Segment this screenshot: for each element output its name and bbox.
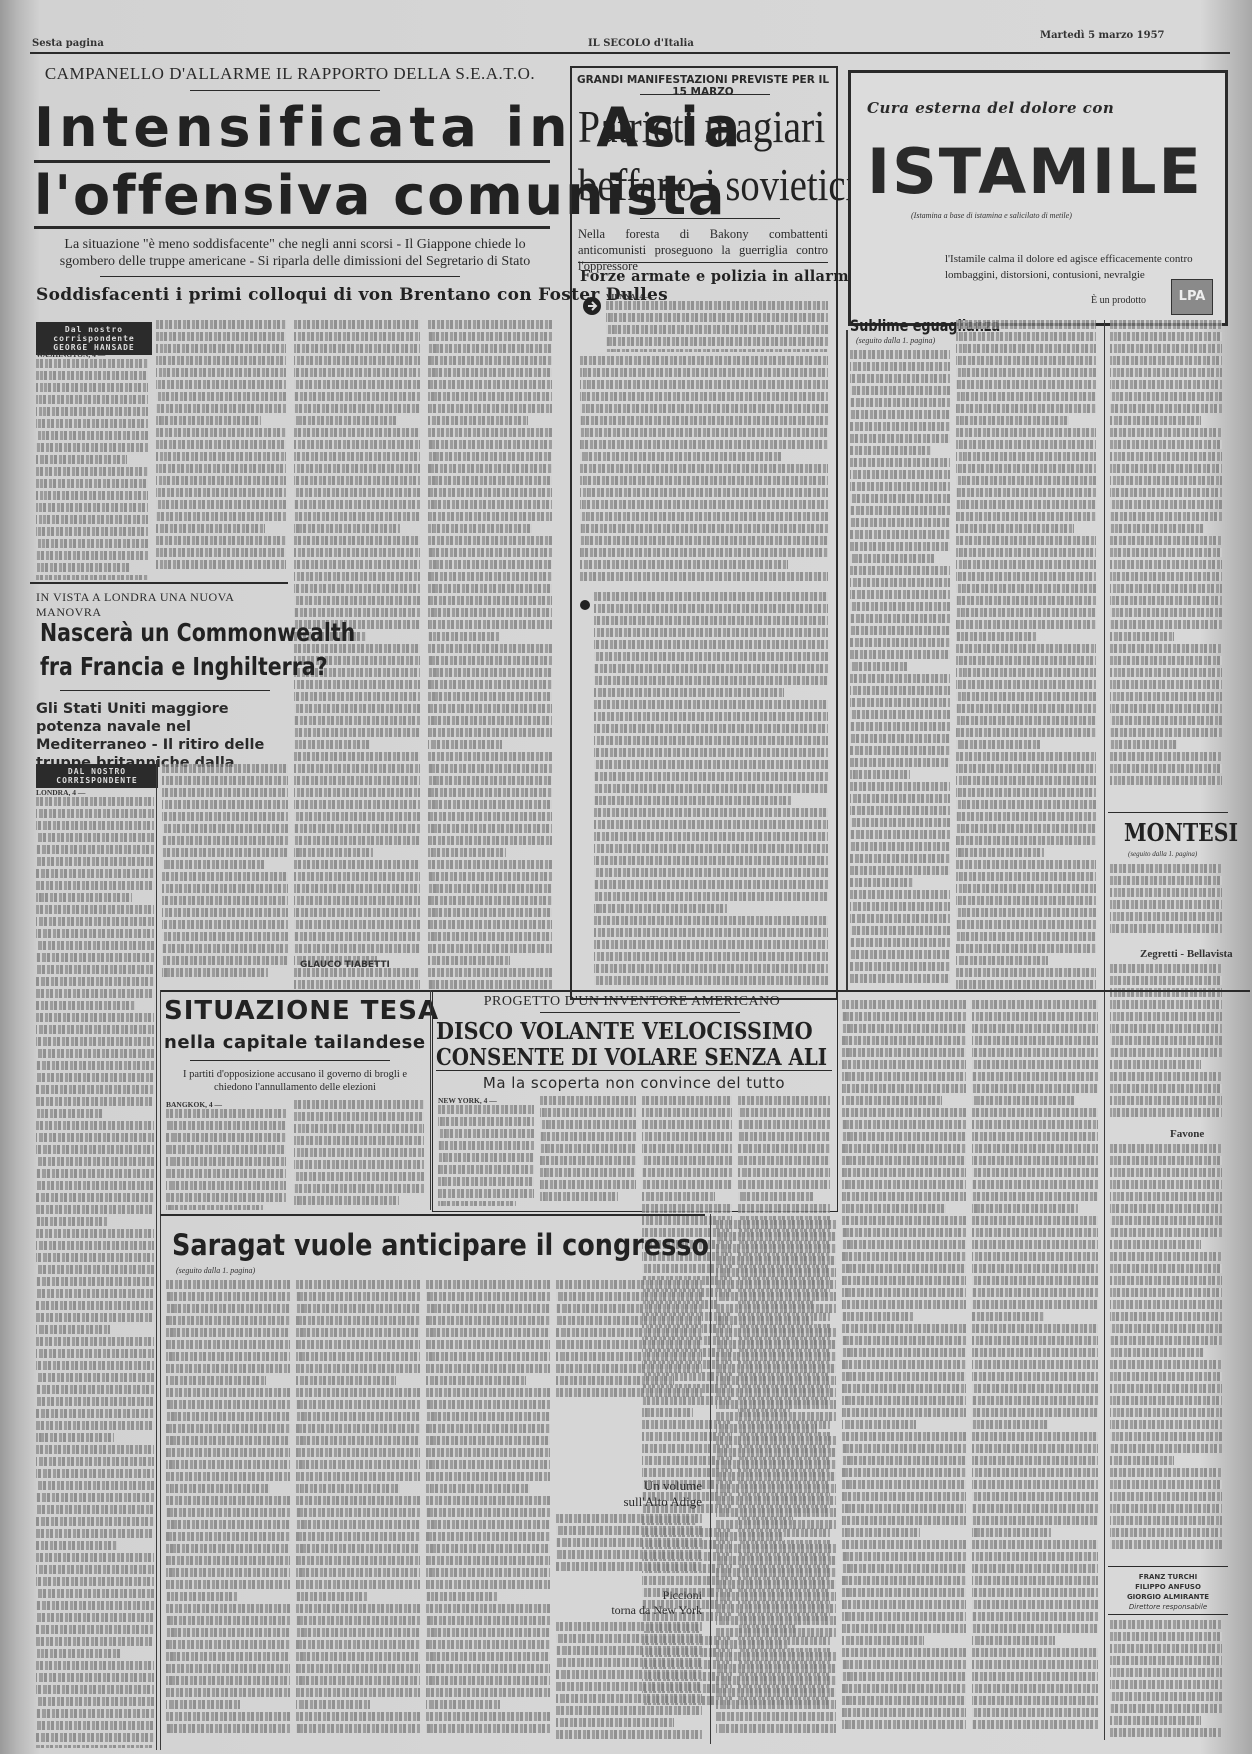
print-line xyxy=(972,1324,1098,1333)
saragat-column-3 xyxy=(426,1280,550,1740)
print-line xyxy=(296,1712,420,1721)
print-line xyxy=(850,566,950,575)
print-line xyxy=(594,688,784,697)
print-line xyxy=(36,455,127,464)
print-line xyxy=(1110,632,1174,641)
print-line xyxy=(972,1468,1098,1477)
print-line xyxy=(428,944,552,953)
print-line xyxy=(956,872,1096,881)
print-line xyxy=(428,416,528,425)
print-line xyxy=(438,1189,534,1198)
print-line xyxy=(716,1316,813,1325)
print-line xyxy=(36,1457,154,1466)
print-line xyxy=(296,1664,420,1673)
print-line xyxy=(1110,500,1222,509)
print-line xyxy=(1110,912,1222,921)
print-line xyxy=(594,940,828,949)
print-line xyxy=(716,1340,836,1349)
print-line xyxy=(426,1364,550,1373)
montesi-body-2 xyxy=(1110,964,1222,1124)
print-line xyxy=(1110,1632,1222,1641)
print-line xyxy=(294,344,420,353)
print-line xyxy=(294,680,420,689)
print-line xyxy=(1110,1348,1204,1357)
print-line xyxy=(1110,596,1222,605)
eguaglianza-column-2 xyxy=(956,320,1096,1000)
print-line xyxy=(972,1612,1098,1621)
print-line xyxy=(156,512,286,521)
print-line xyxy=(1110,1680,1222,1689)
print-line xyxy=(972,1060,1098,1069)
print-line xyxy=(716,1568,836,1577)
print-line xyxy=(716,1676,836,1685)
print-line xyxy=(972,1276,1098,1285)
print-line xyxy=(166,1544,290,1553)
print-line xyxy=(956,884,1096,893)
print-line xyxy=(556,1376,674,1385)
print-line xyxy=(36,1241,154,1250)
print-line xyxy=(850,482,950,491)
print-line xyxy=(842,1228,966,1237)
print-line xyxy=(426,1568,550,1577)
print-line xyxy=(428,920,552,929)
print-line xyxy=(716,1484,836,1493)
print-line xyxy=(1110,656,1222,665)
print-line xyxy=(428,692,552,701)
colophon-line: Direttore responsabile xyxy=(1110,1602,1226,1612)
print-line xyxy=(842,1480,966,1489)
print-line xyxy=(36,1721,154,1730)
print-line xyxy=(842,1180,966,1189)
section-rule xyxy=(160,1214,705,1216)
print-line xyxy=(166,1556,290,1565)
print-line xyxy=(716,1376,836,1385)
montesi-headline: MONTESI xyxy=(1124,818,1238,847)
print-line xyxy=(580,356,828,365)
print-line xyxy=(36,431,148,440)
commonwealth-headline-line2: fra Francia e Inghilterra? xyxy=(40,652,328,681)
piccioni-headline: Piccioni torna da New York xyxy=(600,1588,702,1618)
print-line xyxy=(36,917,154,926)
print-line xyxy=(426,1412,550,1421)
print-line xyxy=(438,1105,534,1114)
print-line xyxy=(540,1144,636,1153)
print-line xyxy=(166,1604,290,1613)
print-line xyxy=(36,1505,154,1514)
print-line xyxy=(580,560,788,569)
print-line xyxy=(294,812,420,821)
print-line xyxy=(426,1460,550,1469)
print-line xyxy=(162,788,288,797)
print-line xyxy=(36,1013,154,1022)
print-line xyxy=(294,848,373,857)
print-line xyxy=(594,952,828,961)
print-line xyxy=(1110,1312,1222,1321)
print-line xyxy=(428,704,552,713)
print-line xyxy=(428,896,552,905)
print-line xyxy=(716,1412,836,1421)
print-line xyxy=(1110,668,1222,677)
print-line xyxy=(1110,512,1222,521)
magiari-subhead: Nella foresta di Bakony combattenti anti… xyxy=(578,226,828,274)
print-line xyxy=(428,380,552,389)
print-line xyxy=(156,560,286,569)
print-line xyxy=(1110,1048,1222,1057)
print-line xyxy=(428,524,532,533)
print-line xyxy=(294,872,420,881)
print-line xyxy=(972,1252,1098,1261)
print-line xyxy=(972,1564,1098,1573)
print-line xyxy=(426,1388,550,1397)
print-line xyxy=(166,1676,290,1685)
print-line xyxy=(972,1180,1098,1189)
print-line xyxy=(428,404,552,413)
print-line xyxy=(156,452,286,461)
print-line xyxy=(294,596,420,605)
print-line xyxy=(296,1700,370,1709)
piccioni-headline-line2: torna da New York xyxy=(600,1603,702,1618)
print-line xyxy=(594,628,828,637)
print-line xyxy=(428,872,552,881)
print-line xyxy=(642,1180,732,1189)
print-line xyxy=(36,1517,154,1526)
print-line xyxy=(716,1400,836,1409)
print-line xyxy=(556,1694,702,1703)
print-line xyxy=(842,1600,966,1609)
print-line xyxy=(36,869,154,878)
print-line xyxy=(36,1265,154,1274)
print-line xyxy=(1110,428,1222,437)
kicker-rule xyxy=(640,94,770,95)
print-line xyxy=(296,1724,420,1733)
print-line xyxy=(1110,1336,1222,1345)
print-line xyxy=(956,788,1096,797)
print-line xyxy=(956,392,1096,401)
print-line xyxy=(956,428,1096,437)
print-line xyxy=(594,868,828,877)
print-line xyxy=(438,1141,534,1150)
print-line xyxy=(1110,1204,1222,1213)
print-line xyxy=(294,704,420,713)
print-line xyxy=(556,1562,702,1571)
print-line xyxy=(166,1700,240,1709)
print-line xyxy=(1110,1216,1222,1225)
print-line xyxy=(594,832,828,841)
column-rule xyxy=(710,1214,711,1744)
print-line xyxy=(716,1616,836,1625)
eguaglianza-column-4 xyxy=(842,1000,966,1740)
print-line xyxy=(716,1436,836,1445)
print-line xyxy=(1110,1372,1222,1381)
print-line xyxy=(1110,728,1222,737)
print-line xyxy=(956,716,1096,725)
print-line xyxy=(1110,964,1222,973)
print-line xyxy=(842,1636,924,1645)
print-line xyxy=(556,1646,702,1655)
print-line xyxy=(842,1372,966,1381)
print-line xyxy=(540,1156,636,1165)
print-line xyxy=(296,1688,420,1697)
print-line xyxy=(580,392,828,401)
print-line xyxy=(642,1408,693,1417)
print-line xyxy=(428,500,552,509)
print-line xyxy=(36,1625,154,1634)
print-line xyxy=(428,644,552,653)
print-line xyxy=(428,452,552,461)
print-line xyxy=(850,842,950,851)
print-line xyxy=(36,1433,114,1442)
print-line xyxy=(972,1516,1098,1525)
colophon-rule xyxy=(1108,1614,1228,1615)
print-line xyxy=(540,1180,636,1189)
print-line xyxy=(556,1514,702,1523)
colophon-line: GIORGIO ALMIRANTE xyxy=(1110,1592,1226,1602)
print-line xyxy=(842,1264,966,1273)
print-line xyxy=(428,428,552,437)
print-line xyxy=(972,1240,1098,1249)
print-line xyxy=(580,572,828,581)
print-line xyxy=(162,920,288,929)
print-line xyxy=(36,1325,110,1334)
disco-kicker: PROGETTO D'UN INVENTORE AMERICANO xyxy=(432,994,832,1010)
print-line xyxy=(428,764,552,773)
print-line xyxy=(166,1460,290,1469)
print-line xyxy=(36,1313,154,1322)
print-line xyxy=(1110,1528,1222,1537)
print-line xyxy=(738,1204,830,1213)
print-line xyxy=(1110,1668,1222,1677)
tailandese-headline-line1: SITUAZIONE TESA xyxy=(164,996,439,1026)
print-line xyxy=(294,920,420,929)
print-line xyxy=(1110,1432,1222,1441)
print-line xyxy=(594,616,828,625)
piccioni-body xyxy=(556,1622,702,1742)
print-line xyxy=(716,1724,836,1733)
print-line xyxy=(1110,1516,1222,1525)
print-line xyxy=(426,1712,550,1721)
print-line xyxy=(972,1348,1098,1357)
print-line xyxy=(1110,1108,1222,1117)
print-line xyxy=(594,652,828,661)
print-line xyxy=(956,848,1044,857)
print-line xyxy=(162,764,288,773)
print-line xyxy=(972,1036,1098,1045)
seato-subhead: La situazione "è meno soddisfacente" che… xyxy=(50,236,540,270)
print-line xyxy=(36,893,132,902)
print-line xyxy=(36,1493,154,1502)
print-line xyxy=(850,542,950,551)
print-line xyxy=(296,1388,420,1397)
print-line xyxy=(850,770,910,779)
print-line xyxy=(428,716,552,725)
print-line xyxy=(428,668,552,677)
print-line xyxy=(428,560,552,569)
print-line xyxy=(166,1412,290,1421)
print-line xyxy=(850,974,950,983)
print-line xyxy=(36,1301,154,1310)
print-line xyxy=(166,1280,290,1289)
print-line xyxy=(716,1712,836,1721)
tailandese-column-2 xyxy=(294,1100,424,1210)
print-line xyxy=(842,1096,942,1105)
print-line xyxy=(296,1412,420,1421)
print-line xyxy=(426,1508,550,1517)
print-line xyxy=(162,884,288,893)
sub-rule xyxy=(640,218,780,219)
print-line xyxy=(842,1360,966,1369)
print-line xyxy=(606,325,828,334)
eguaglianza-continued: (seguito dalla 1. pagina) xyxy=(856,336,935,345)
print-line xyxy=(162,908,288,917)
print-line xyxy=(642,1156,732,1165)
print-line xyxy=(438,1117,534,1126)
print-line xyxy=(428,680,552,689)
print-line xyxy=(842,1348,966,1357)
print-line xyxy=(428,476,552,485)
print-line xyxy=(956,500,1096,509)
seato-column-2 xyxy=(156,320,286,580)
print-line xyxy=(716,1700,836,1709)
print-line xyxy=(294,320,420,329)
print-line xyxy=(1110,476,1222,485)
newspaper-page: Sesta pagina IL SECOLO d'Italia Martedì … xyxy=(0,0,1252,1754)
print-line xyxy=(1110,560,1222,569)
print-line xyxy=(972,1444,1098,1453)
print-line xyxy=(594,724,828,733)
print-line xyxy=(1110,1468,1222,1477)
print-line xyxy=(166,1109,286,1118)
print-line xyxy=(642,1096,732,1105)
print-line xyxy=(426,1280,550,1289)
print-line xyxy=(294,524,400,533)
print-line xyxy=(842,1156,966,1165)
print-line xyxy=(956,404,1096,413)
print-line xyxy=(36,1529,154,1538)
print-line xyxy=(428,464,552,473)
issue-date: Martedì 5 marzo 1957 xyxy=(1040,30,1165,41)
print-line xyxy=(594,880,828,889)
print-line xyxy=(956,908,1096,917)
print-line xyxy=(716,1580,836,1589)
print-line xyxy=(166,1424,290,1433)
print-line xyxy=(36,1349,154,1358)
print-line xyxy=(972,1624,1098,1633)
column-rule xyxy=(156,760,157,1750)
print-line xyxy=(296,1592,367,1601)
print-line xyxy=(294,896,420,905)
print-line xyxy=(842,1444,966,1453)
print-line xyxy=(716,1604,836,1613)
print-line xyxy=(166,1508,290,1517)
print-line xyxy=(850,902,950,911)
print-line xyxy=(1110,1240,1201,1249)
print-line xyxy=(956,572,1096,581)
print-line xyxy=(294,356,420,365)
print-line xyxy=(428,512,552,521)
print-line xyxy=(850,938,950,947)
print-line xyxy=(842,1072,966,1081)
print-line xyxy=(294,836,420,845)
saragat-column-1 xyxy=(166,1280,290,1740)
print-line xyxy=(1110,1264,1222,1273)
print-line xyxy=(842,1336,966,1345)
print-line xyxy=(1110,356,1222,365)
print-line xyxy=(438,1177,534,1186)
print-line xyxy=(294,764,420,773)
print-line xyxy=(556,1622,702,1631)
print-line xyxy=(842,1024,966,1033)
print-line xyxy=(842,1408,966,1417)
print-line xyxy=(1110,1480,1222,1489)
print-line xyxy=(162,776,288,785)
print-line xyxy=(36,1061,154,1070)
print-line xyxy=(294,536,420,545)
print-line xyxy=(594,748,828,757)
montesi-body-1 xyxy=(1110,864,1222,944)
print-line xyxy=(162,968,268,977)
print-line xyxy=(166,1181,286,1190)
print-line xyxy=(850,734,950,743)
print-line xyxy=(850,806,950,815)
print-line xyxy=(166,1328,290,1337)
print-line xyxy=(166,1157,286,1166)
print-line xyxy=(738,1108,830,1117)
print-line xyxy=(426,1556,550,1565)
print-line xyxy=(294,464,420,473)
print-line xyxy=(426,1592,497,1601)
print-line xyxy=(428,968,552,977)
print-line xyxy=(294,452,420,461)
print-line xyxy=(294,332,420,341)
eguaglianza-column-1 xyxy=(850,350,950,990)
print-line xyxy=(1110,704,1222,713)
print-line xyxy=(850,782,950,791)
print-line xyxy=(842,1000,966,1009)
print-line xyxy=(556,1292,702,1301)
print-line xyxy=(850,386,950,395)
print-line xyxy=(296,1448,420,1457)
print-line xyxy=(166,1580,290,1589)
saragat-column-4 xyxy=(556,1280,702,1400)
print-line xyxy=(296,1352,420,1361)
print-line xyxy=(36,1697,154,1706)
print-line xyxy=(594,820,828,829)
print-line xyxy=(294,1100,424,1109)
print-line xyxy=(842,1324,966,1333)
print-line xyxy=(166,1316,290,1325)
print-line xyxy=(296,1544,420,1553)
print-line xyxy=(36,1205,154,1214)
print-line xyxy=(842,1420,916,1429)
print-line xyxy=(294,824,420,833)
print-line xyxy=(556,1658,702,1667)
print-line xyxy=(1110,344,1222,353)
print-line xyxy=(426,1640,550,1649)
print-line xyxy=(166,1376,266,1385)
print-line xyxy=(972,1360,1098,1369)
print-line xyxy=(956,416,1069,425)
ad-composition: (Istamina a base di istamina e salicilat… xyxy=(911,211,1072,220)
print-line xyxy=(850,698,950,707)
print-line xyxy=(36,1601,154,1610)
print-line xyxy=(426,1532,550,1541)
print-line xyxy=(956,584,1096,593)
print-line xyxy=(294,800,420,809)
print-line xyxy=(426,1664,550,1673)
print-line xyxy=(1110,452,1222,461)
print-line xyxy=(428,596,552,605)
print-line xyxy=(956,764,1096,773)
